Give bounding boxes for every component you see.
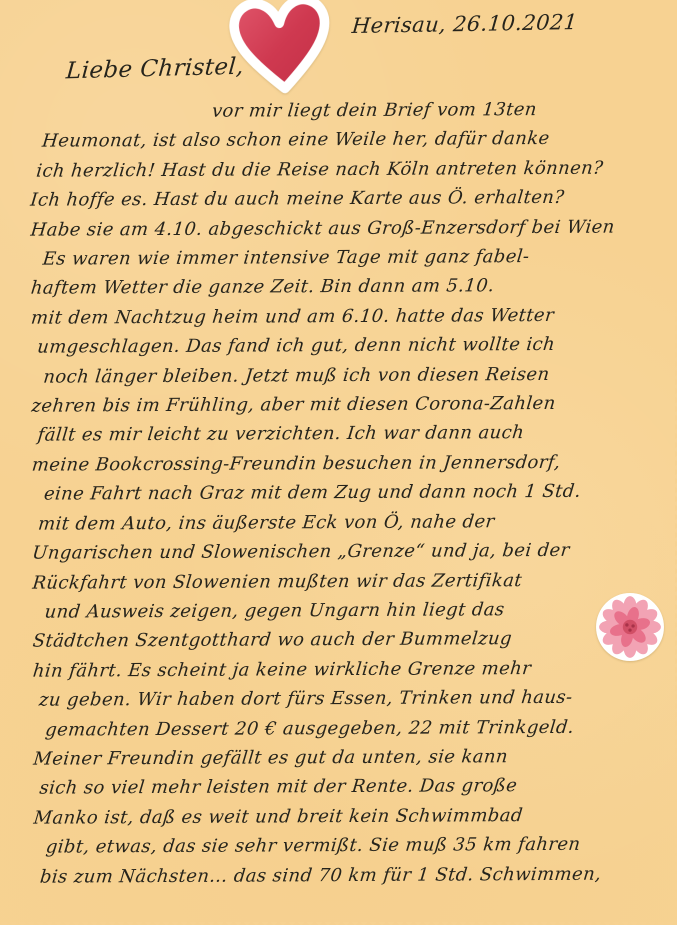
letter-line: Heumonat, ist also schon eine Weile her,…	[29, 124, 672, 157]
letter-line: mit dem Nachtzug heim und am 6.10. hatte…	[30, 300, 673, 333]
letter-line: hin fährt. Es scheint ja keine wirkliche…	[31, 653, 674, 686]
letter-line: meine Bookcrossing-Freundin besuchen in …	[30, 447, 673, 480]
letter-line: fällt es mir leicht zu verzichten. Ich w…	[30, 418, 673, 451]
letter-line: noch länger bleiben. Jetzt muß ich von d…	[30, 359, 673, 392]
letter-line: Meiner Freundin gefällt es gut da unten,…	[32, 741, 675, 774]
letter-line: Rückfahrt von Slowenien mußten wir das Z…	[31, 565, 674, 598]
letter-line: haftem Wetter die ganze Zeit. Bin dann a…	[29, 271, 672, 304]
letter-line: Es waren wie immer intensive Tage mit ga…	[29, 241, 672, 274]
letter-line: mit dem Auto, ins äußerste Eck von Ö, na…	[31, 506, 674, 539]
letter-line: Manko ist, daß es weit und breit kein Sc…	[32, 800, 675, 833]
letter-body: vor mir liegt dein Brief vom 13tenHeumon…	[30, 94, 674, 891]
letter-line: gibt, etwas, das sie sehr vermißt. Sie m…	[32, 829, 675, 862]
letter-line: und Ausweis zeigen, gegen Ungarn hin lie…	[31, 594, 674, 627]
letter-line: zu geben. Wir haben dort fürs Essen, Tri…	[32, 682, 675, 715]
letter-line: bis zum Nächsten… das sind 70 km für 1 S…	[33, 859, 676, 892]
letter-line: vor mir liegt dein Brief vom 13ten	[29, 94, 672, 127]
letter-paper: Herisau, 26.10.2021 Liebe Christel, vor …	[0, 0, 677, 925]
letter-line: zehren bis im Frühling, aber mit diesen …	[30, 388, 673, 421]
letter-line: Ich hoffe es. Hast du auch meine Karte a…	[29, 183, 672, 216]
letter-line: umgeschlagen. Das fand ich gut, denn nic…	[30, 330, 673, 363]
letter-line: sich so viel mehr leisten mit der Rente.…	[32, 771, 675, 804]
letter-dateline: Herisau, 26.10.2021	[351, 10, 579, 38]
flower-sticker-icon	[595, 592, 665, 662]
letter-salutation: Liebe Christel,	[65, 54, 245, 85]
scanned-letter-page: { "letter": { "dateline": "Herisau, 26.1…	[0, 0, 682, 934]
letter-line: Städtchen Szentgotthard wo auch der Bumm…	[31, 624, 674, 657]
letter-line: Habe sie am 4.10. abgeschickt aus Groß-E…	[29, 212, 672, 245]
letter-line: gemachten Dessert 20 € ausgegeben, 22 mi…	[32, 712, 675, 745]
letter-line: Ungarischen und Slowenischen „Grenze“ un…	[31, 535, 674, 568]
heart-sticker-icon	[220, 0, 342, 99]
letter-line: eine Fahrt nach Graz mit dem Zug und dan…	[31, 477, 674, 510]
letter-line: ich herzlich! Hast du die Reise nach Köl…	[29, 153, 672, 186]
